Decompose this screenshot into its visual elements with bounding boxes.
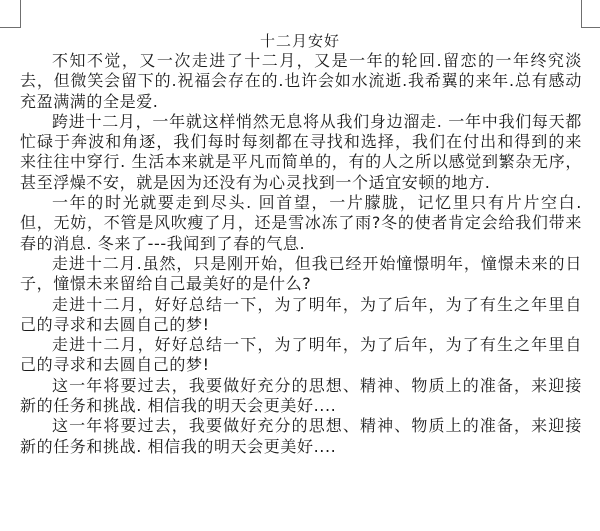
paragraph: 不知不觉，又一次走进了十二月，又是一年的轮回.留恋的一年终究淡去，但微笑会留下的… <box>20 51 582 112</box>
document-title: 十二月安好 <box>0 31 600 51</box>
document-body: 不知不觉，又一次走进了十二月，又是一年的轮回.留恋的一年终究淡去，但微笑会留下的… <box>20 51 582 457</box>
paragraph: 这一年将要过去，我要做好充分的思想、精神、物质上的准备，来迎接新的任务和挑战. … <box>20 376 582 417</box>
page-corner-mark-right <box>581 0 600 28</box>
paragraph: 这一年将要过去，我要做好充分的思想、精神、物质上的准备，来迎接新的任务和挑战. … <box>20 416 582 457</box>
paragraph: 走进十二月.虽然，只是刚开始，但我已经开始憧憬明年，憧憬未来的日子，憧憬未来留给… <box>20 254 582 295</box>
page-corner-mark-left <box>0 0 21 28</box>
paragraph: 跨进十二月，一年就这样悄然无息将从我们身边溜走. 一年中我们每天都忙碌于奔波和角… <box>20 112 582 193</box>
paragraph: 一年的时光就要走到尽头. 回首望，一片朦胧，记忆里只有片片空白. 但，无妨，不管… <box>20 193 582 254</box>
paragraph: 走进十二月，好好总结一下，为了明年，为了后年，为了有生之年里自己的寻求和去圆自己… <box>20 335 582 376</box>
paragraph: 走进十二月，好好总结一下，为了明年，为了后年，为了有生之年里自己的寻求和去圆自己… <box>20 295 582 336</box>
